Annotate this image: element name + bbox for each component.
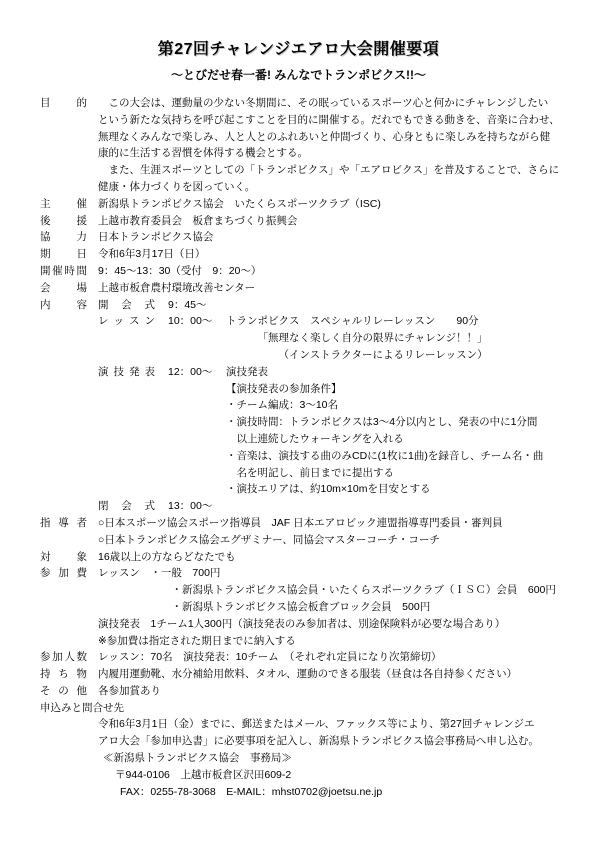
application-heading: 申込みと問合せ先 [40,700,557,717]
lesson-note: （インストラクターによるリレーレッスン） [279,347,558,364]
fees-label: 参加費 [40,565,87,582]
purpose-value: この大会は、運動量の少ない冬期間に、その眠っているスポーツ心と何かにチャレンジし… [98,95,560,196]
eligibility-label: 対象 [40,549,87,566]
row-closing-ceremony: 閉会式13：00～ [40,498,557,515]
row-instructors: 指導者○日本スポーツ協会スポーツ指導員 JAF 日本エアロビック連盟指導専門委員… [40,515,557,549]
row-capacity: 参加人数レッスン：70名 演技発表：10チーム （それぞれ定員になり次第締切） [40,649,557,666]
row-support: 後援上越市教育委員会 板倉まちづくり振興会 [40,213,557,230]
document-body: 目的 この大会は、運動量の少ない冬期間に、その眠っているスポーツ心と何かにチャレ… [40,95,557,800]
lesson-name: レッスン [98,313,155,330]
others-label: その他 [40,683,87,700]
application-body: 令和6年3月1日（金）までに、郵送またはメール、ファックス等により、第27回チャ… [98,716,557,750]
row-performance: 演技発表12：00～演技発表 [40,364,557,381]
closing-ceremony-time: 13：00～ [168,498,226,515]
organizer-label: 主催 [40,196,87,213]
belongings-value: 内履用運動靴、水分補給用飲料、タオル、運動のできる服装（昼食は各自持参ください） [98,666,557,683]
belongings-label: 持ち物 [40,666,87,683]
capacity-value: レッスン：70名 演技発表：10チーム （それぞれ定員になり次第締切） [98,649,557,666]
opening-ceremony-section-label: 内容 [40,297,87,314]
office-fax-email: FAX：0255-78-3068 E-MAIL：mhst0702@joetsu.… [120,784,557,801]
row-fees: 参加費レッスン ・一般 700円 ・新潟県トランポビクス協会員・いたくらスポーツ… [40,565,557,649]
lesson-theme: 「無理なく楽しく自分の限界にチャレンジ！！」 [258,330,558,347]
row-organizer: 主催新潟県トランポビクス協会 いたくらスポーツクラブ（ISC) [40,196,557,213]
event-date-label: 期日 [40,246,87,263]
others-value: 各参加賞あり [98,683,557,700]
instructors-label: 指導者 [40,515,87,532]
row-lesson: レッスン10：00～トランポビクス スペシャルリレーレッスン 90分 [40,313,557,330]
cooperation-value: 日本トランポビクス協会 [98,229,557,246]
row-venue: 会場上越市板倉農村環境改善センター [40,280,557,297]
event-hours-label: 開催時間 [40,263,87,280]
closing-ceremony-name: 閉会式 [98,498,155,515]
row-cooperation: 協力日本トランポビクス協会 [40,229,557,246]
opening-ceremony-name: 開会式 [98,297,155,314]
performance-conditions: 【演技発表の参加条件】 ・チーム編成：3～10名 ・演技時間：トランポビクスは3… [226,381,557,499]
row-opening-ceremony: 内容開会式9：45～ [40,297,557,314]
performance-name: 演技発表 [98,364,155,381]
venue-label: 会場 [40,280,87,297]
row-belongings: 持ち物内履用運動靴、水分補給用飲料、タオル、運動のできる服装（昼食は各自持参くだ… [40,666,557,683]
fees-value: レッスン ・一般 700円 ・新潟県トランポビクス協会員・いたくらスポーツクラブ… [98,565,557,649]
document-subtitle: ～とびだせ春一番! みんなでトランポビクス!!～ [40,66,557,84]
eligibility-value: 16歳以上の方ならどなたでも [98,549,557,566]
lesson-time: 10：00～ [168,313,226,330]
event-hours-value: 9：45～13：30（受付 9：20～） [98,263,557,280]
capacity-label: 参加人数 [40,649,87,666]
performance-desc: 演技発表 [226,364,557,381]
row-purpose: 目的 この大会は、運動量の少ない冬期間に、その眠っているスポーツ心と何かにチャレ… [40,95,557,196]
opening-ceremony-time: 9：45～ [168,297,226,314]
row-eligibility: 対象16歳以上の方ならどなたでも [40,549,557,566]
support-value: 上越市教育委員会 板倉まちづくり振興会 [98,213,557,230]
purpose-label: 目的 [40,95,87,112]
support-label: 後援 [40,213,87,230]
lesson-desc: トランポビクス スペシャルリレーレッスン 90分 [226,313,557,330]
venue-value: 上越市板倉農村環境改善センター [98,280,557,297]
row-event-date: 期日令和6年3月17日（日） [40,246,557,263]
organizer-value: 新潟県トランポビクス協会 いたくらスポーツクラブ（ISC) [98,196,557,213]
instructors-value: ○日本スポーツ協会スポーツ指導員 JAF 日本エアロビック連盟指導専門委員・審判… [98,515,557,549]
cooperation-label: 協力 [40,229,87,246]
event-date-value: 令和6年3月17日（日） [98,246,557,263]
row-others: その他各参加賞あり [40,683,557,700]
office-name: ≪新潟県トランポビクス協会 事務局≫ [103,750,557,767]
office-address: 〒944-0106 上越市板倉区沢田609-2 [115,767,557,784]
performance-time: 12：00～ [168,364,226,381]
document-page: 第27回チャレンジエアロ大会開催要項 ～とびだせ春一番! みんなでトランポビクス… [0,0,595,842]
row-event-hours: 開催時間9：45～13：30（受付 9：20～） [40,263,557,280]
document-title: 第27回チャレンジエアロ大会開催要項 [40,38,557,62]
